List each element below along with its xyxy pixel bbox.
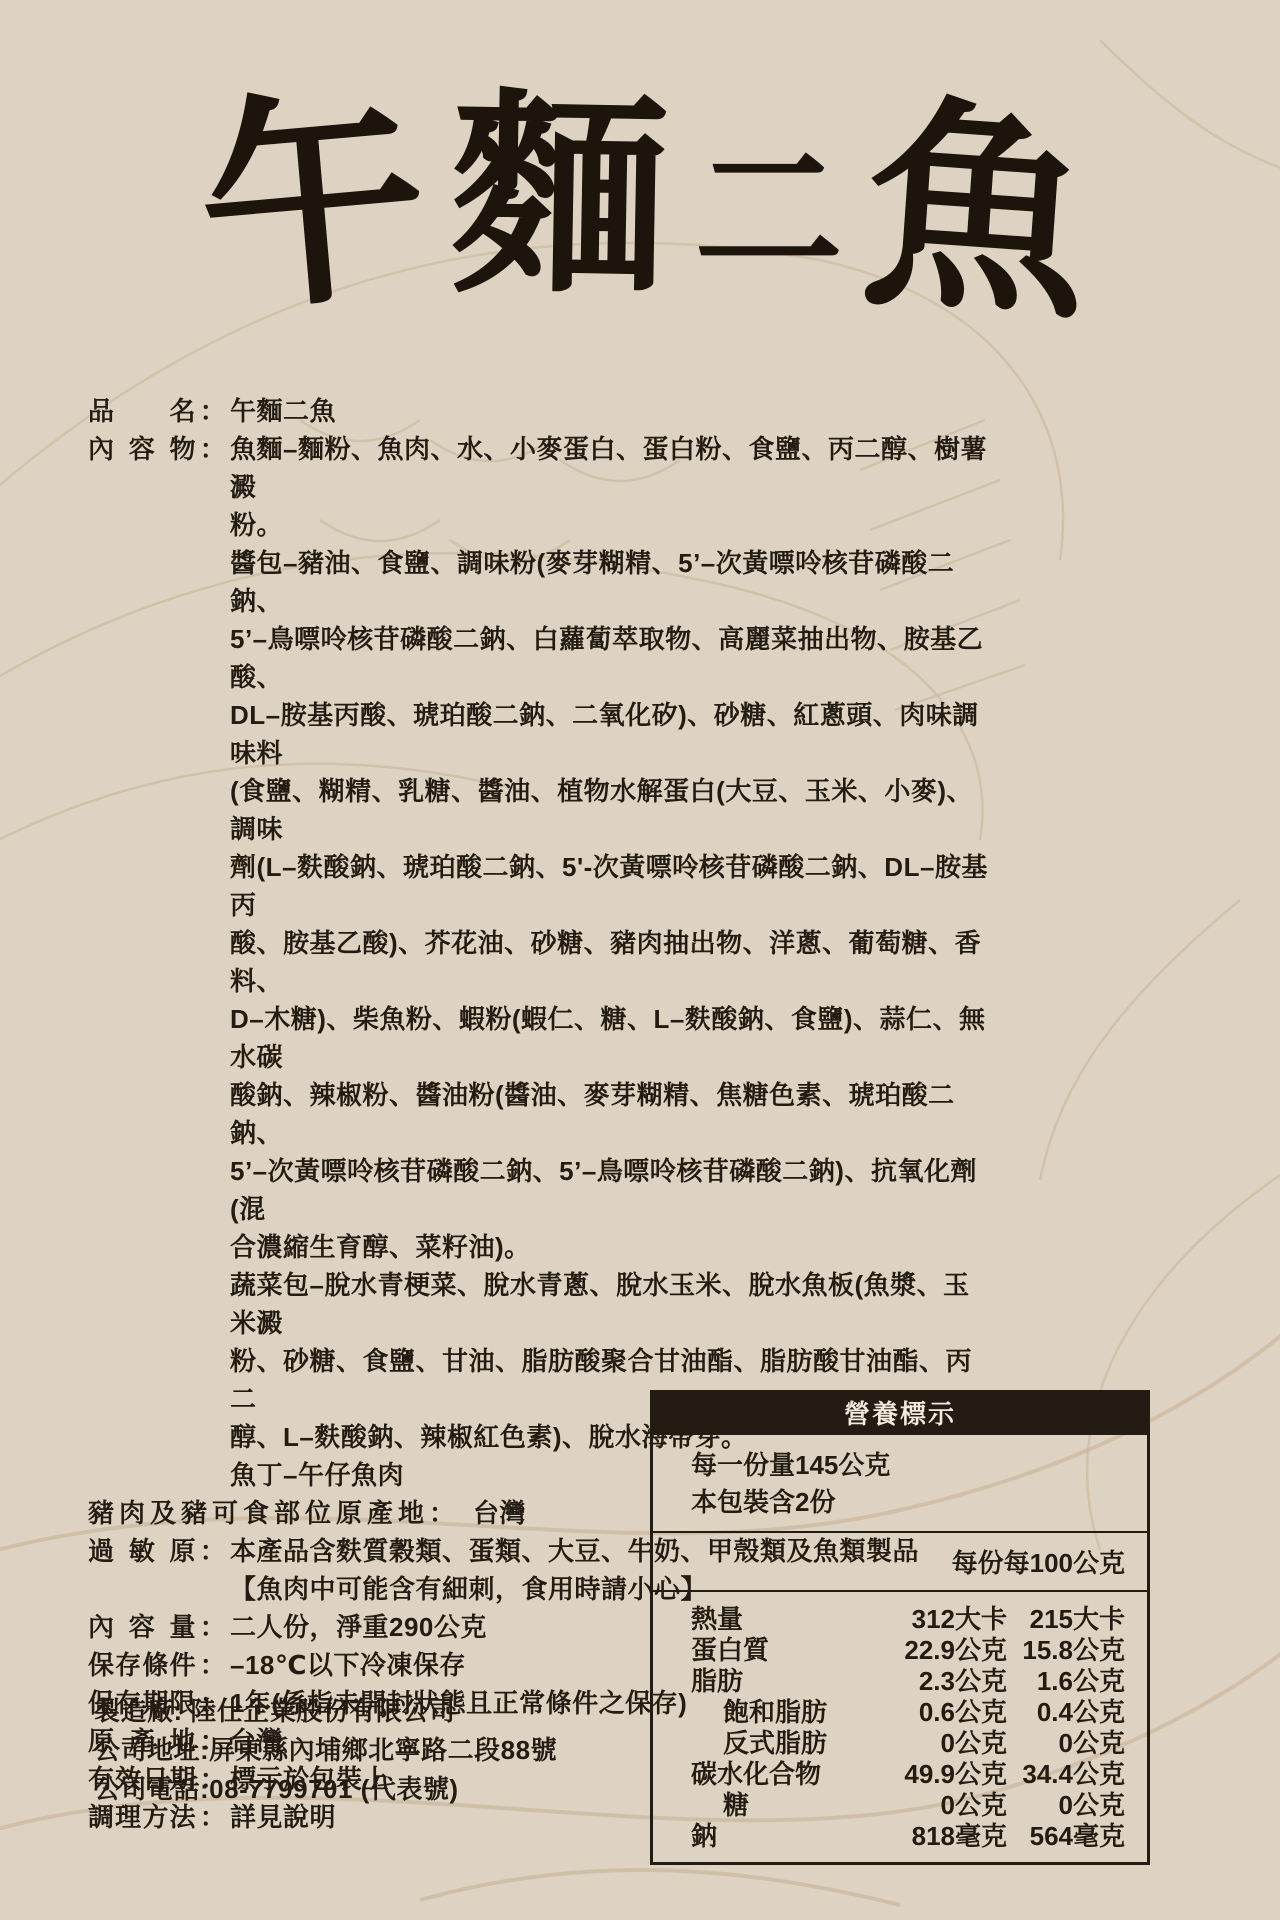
label-product-name: 品名 [88, 392, 196, 430]
nutrient-per-100g: 15.8公克 [1007, 1635, 1125, 1666]
nutrient-per-100g: 0.4公克 [1007, 1697, 1125, 1728]
nutrient-per-serving: 312大卡 [857, 1604, 1007, 1635]
colon: ： [196, 1608, 230, 1646]
nutrition-row: 飽和脂肪 0.6公克 0.4公克 [691, 1697, 1125, 1728]
label-net-weight: 內容量 [88, 1608, 196, 1646]
nutrient-name: 鈉 [691, 1821, 857, 1852]
nutrition-row: 蛋白質 22.9公克 15.8公克 [691, 1635, 1125, 1666]
ingredient-line: 劑(L–麩酸鈉、琥珀酸二鈉、5'-次黃嘌呤核苷磷酸二鈉、DL–胺基丙 [230, 848, 990, 924]
nutrition-table: 營養標示 每一份量145公克 本包裝含2份 每份 每100公克 熱量 312大卡… [650, 1390, 1150, 1865]
nutrition-row: 反式脂肪 0公克 0公克 [691, 1728, 1125, 1759]
nutrient-per-100g: 1.6公克 [1007, 1666, 1125, 1697]
nutrient-name: 碳水化合物 [691, 1759, 857, 1790]
ingredient-line: 魚麵–麵粉、魚肉、水、小麥蛋白、蛋白粉、食鹽、丙二醇、樹薯澱 [230, 430, 990, 506]
label-pork-origin: 豬肉及豬可食部位原產地 [88, 1494, 429, 1532]
title-char-2: 麵 [449, 87, 671, 309]
nutrition-row: 糖 0公克 0公克 [691, 1790, 1125, 1821]
ingredient-line: 合濃縮生育醇、菜籽油)。 [230, 1228, 990, 1266]
nutrient-per-100g: 564毫克 [1007, 1821, 1125, 1852]
value-contents: 魚麵–麵粉、魚肉、水、小麥蛋白、蛋白粉、食鹽、丙二醇、樹薯澱粉。醬包–豬油、食鹽… [230, 430, 990, 1494]
nutrient-per-100g: 34.4公克 [1007, 1759, 1125, 1790]
nutrient-per-100g: 215大卡 [1007, 1604, 1125, 1635]
colon: ： [196, 1532, 230, 1570]
nutrient-name: 反式脂肪 [691, 1728, 857, 1759]
ingredient-line: 酸、胺基乙酸)、芥花油、砂糖、豬肉抽出物、洋蔥、葡萄糖、香料、 [230, 924, 990, 1000]
nutrient-per-serving: 818毫克 [857, 1821, 1007, 1852]
nutrient-per-100g: 0公克 [1007, 1790, 1125, 1821]
manufacturer-line: 製造廠: 陸仕企業股份有限公司 [94, 1692, 557, 1731]
serving-size: 每一份量145公克 [691, 1447, 1125, 1484]
info-row-product-name: 品名 ： 午麵二魚 [88, 392, 990, 430]
label-contents: 內容物 [88, 430, 196, 468]
nutrition-column-headers: 每份 每100公克 [653, 1533, 1147, 1590]
column-header-spacer [691, 1543, 854, 1580]
title-char-1: 午 [191, 82, 435, 326]
nutrition-row: 碳水化合物 49.9公克 34.4公克 [691, 1759, 1125, 1790]
colon: ： [196, 392, 230, 430]
nutrient-name: 飽和脂肪 [691, 1697, 857, 1728]
nutrient-per-serving: 0公克 [857, 1790, 1007, 1821]
value-pork-origin: 台灣 [473, 1494, 526, 1532]
nutrient-name: 蛋白質 [691, 1635, 857, 1666]
nutrient-name: 糖 [691, 1790, 857, 1821]
nutrient-per-serving: 2.3公克 [857, 1666, 1007, 1697]
nutrition-row: 熱量 312大卡 215大卡 [691, 1604, 1125, 1635]
nutrition-title: 營養標示 [653, 1393, 1147, 1435]
colon: ： [196, 430, 230, 468]
manufacturer-line: 公司電話:08-7799701 (代表號) [94, 1770, 557, 1809]
manufacturer-line: 公司地址:屏東縣內埔鄉北寧路二段88號 [94, 1731, 557, 1770]
ingredient-line: D–木糖)、柴魚粉、蝦粉(蝦仁、糖、L–麩酸鈉、食鹽)、蒜仁、無水碳 [230, 1000, 990, 1076]
ingredient-line: 粉。 [230, 506, 990, 544]
title-char-4: 魚 [856, 92, 1096, 332]
value-product-name: 午麵二魚 [230, 392, 990, 430]
ingredient-line: 5’–鳥嘌呤核苷磷酸二鈉、白蘿蔔萃取物、高麗菜抽出物、胺基乙酸、 [230, 620, 990, 696]
nutrition-row: 脂肪 2.3公克 1.6公克 [691, 1666, 1125, 1697]
title-char-3: 二 [694, 138, 843, 287]
nutrition-serving-info: 每一份量145公克 本包裝含2份 [653, 1435, 1147, 1531]
nutrition-rows: 熱量 312大卡 215大卡 蛋白質 22.9公克 15.8公克 脂肪 2.3公… [653, 1592, 1147, 1862]
label-storage: 保存條件 [88, 1646, 196, 1684]
colon: ： [196, 1646, 230, 1684]
info-row-contents: 內容物 ： 魚麵–麵粉、魚肉、水、小麥蛋白、蛋白粉、食鹽、丙二醇、樹薯澱粉。醬包… [88, 430, 990, 1494]
nutrient-per-serving: 0.6公克 [857, 1697, 1007, 1728]
ingredient-line: DL–胺基丙酸、琥珀酸二鈉、二氧化矽)、砂糖、紅蔥頭、肉味調味料 [230, 696, 990, 772]
calligraphy-title: 午 麵 二 魚 [200, 48, 1090, 348]
column-header-per-serving: 每份 [854, 1543, 1004, 1580]
nutrient-name: 脂肪 [691, 1666, 857, 1697]
column-header-per-100g: 每100公克 [1004, 1543, 1125, 1580]
package-back-label: 午 麵 二 魚 品名 ： 午麵二魚 內容物 ： 魚麵–麵粉、魚肉、水、小麥蛋白、… [0, 0, 1280, 1920]
servings-per-package: 本包裝含2份 [691, 1484, 1125, 1521]
ingredient-line: 蔬菜包–脫水青梗菜、脫水青蔥、脫水玉米、脫水魚板(魚漿、玉米澱 [230, 1266, 990, 1342]
ingredient-line: (食鹽、糊精、乳糖、醬油、植物水解蛋白(大豆、玉米、小麥)、調味 [230, 772, 990, 848]
nutrient-name: 熱量 [691, 1604, 857, 1635]
ingredient-line: 醬包–豬油、食鹽、調味粉(麥芽糊精、5’–次黃嘌呤核苷磷酸二鈉、 [230, 544, 990, 620]
nutrient-per-serving: 0公克 [857, 1728, 1007, 1759]
nutrient-per-serving: 22.9公克 [857, 1635, 1007, 1666]
nutrient-per-100g: 0公克 [1007, 1728, 1125, 1759]
nutrition-row: 鈉 818毫克 564毫克 [691, 1821, 1125, 1852]
ingredient-line: 酸鈉、辣椒粉、醬油粉(醬油、麥芽糊精、焦糖色素、琥珀酸二鈉、 [230, 1076, 990, 1152]
colon: ： [429, 1494, 455, 1532]
label-allergen: 過敏原 [88, 1532, 196, 1570]
ingredient-line: 5’–次黃嘌呤核苷磷酸二鈉、5’–鳥嘌呤核苷磷酸二鈉)、抗氧化劑(混 [230, 1152, 990, 1228]
manufacturer-info: 製造廠: 陸仕企業股份有限公司公司地址:屏東縣內埔鄉北寧路二段88號公司電話:0… [94, 1692, 557, 1809]
nutrient-per-serving: 49.9公克 [857, 1759, 1007, 1790]
